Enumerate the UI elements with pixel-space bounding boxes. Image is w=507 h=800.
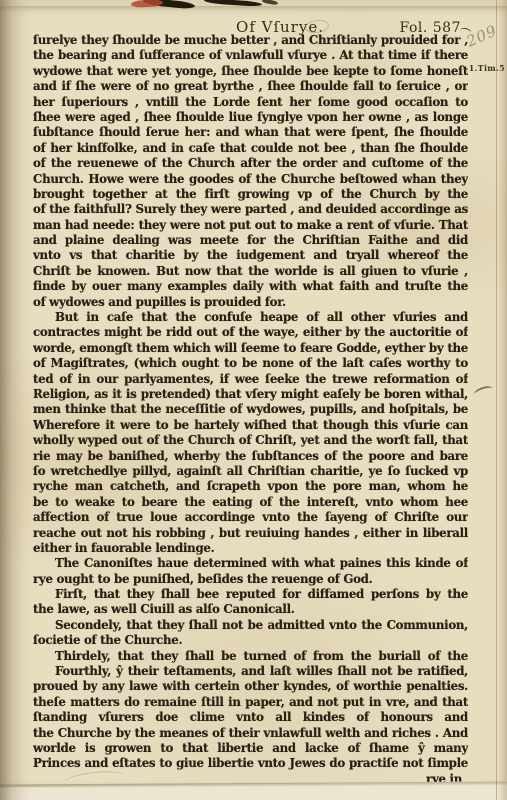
text-line: ſo wretchedlye pillyd, againſt all Chriſ… — [33, 464, 468, 479]
text-line: ſhee were aged , ſhee ſhoulde liue ſyngl… — [33, 110, 468, 125]
pencil-mark — [473, 384, 494, 398]
text-line: worde, emongſt them which will ſeeme to … — [33, 341, 468, 356]
text-line: ſubſtance ſhould ſerue her: and whan tha… — [33, 125, 468, 140]
text-line: ryche man catcheth, and ſcrapeth vpon th… — [33, 479, 468, 494]
text-line: Fourthly, ŷ their teſtaments, and laſt w… — [33, 664, 468, 679]
text-line: finde by ouer many examples daily with w… — [33, 279, 468, 294]
text-line: ſtanding vſurers doe clime vnto all kind… — [33, 710, 468, 725]
text-line: reache out not his robbing , but reuiuin… — [33, 526, 468, 541]
text-line: proued by any lawe with certein other ky… — [33, 679, 468, 694]
text-line: and plaine dealing was meete for the Chr… — [33, 233, 468, 248]
text-line: theſe matters do remaine ſtill in paper,… — [33, 695, 468, 710]
text-line: the Churche by the meanes of their vnlaw… — [33, 726, 468, 741]
text-line: affection of true loue accordinge vnto t… — [33, 510, 468, 525]
text-line: But in caſe that the confuſe heape of al… — [33, 310, 468, 325]
text-line: her ſuperiours , vntill the Lorde ſent h… — [33, 95, 468, 110]
text-line: Church. Howe were the goodes of the Chur… — [33, 172, 468, 187]
text-line: ſocietie of the Churche. — [33, 633, 468, 648]
text-line: rie may be baniſhed, wherby the ſubſtanc… — [33, 449, 468, 464]
text-line: rye ought to be puniſhed, beſides the re… — [33, 572, 468, 587]
pencil-foliation: 209 — [464, 21, 500, 50]
text-line: Princes and eſtates to giue libertie vnt… — [33, 756, 468, 771]
text-line: men thinke that the neceſſitie of wydowe… — [33, 402, 468, 417]
text-line: be to weake to beare the eating of the i… — [33, 495, 468, 510]
text-line: brought together at the firſt growing vp… — [33, 187, 468, 202]
text-line: either in fauorable lendinge. — [33, 541, 468, 556]
text-line: wholly wyped out of the Church of Chriſt… — [33, 433, 468, 448]
text-line: of the reuenewe of the Church after the … — [33, 156, 468, 171]
text-line: the lawe, as well Ciuill as alſo Canonic… — [33, 602, 468, 617]
ink-bleed-mark — [262, 0, 278, 5]
text-line: Firſt, that they ſhall bee reputed for d… — [33, 587, 468, 602]
page-scan: Of Vſurye. Fol. 587 209 1.Tim.5 ſurelye … — [0, 6, 507, 787]
text-line: ſurelye they ſhoulde be muche better , a… — [33, 33, 468, 48]
text-line: The Canoniſtes haue determined with what… — [33, 556, 468, 571]
text-line: of the faithfull? Surely they were parte… — [33, 202, 468, 217]
text-line: Chriſt be knowen. But now that the world… — [33, 264, 468, 279]
text-line: the bearing and ſufferance of vnlawfull … — [33, 48, 468, 63]
text-line: contractes might be ridd out of the waye… — [33, 325, 468, 340]
text-line: of wydowes and pupilles is prouided for. — [33, 295, 468, 310]
text-line: Secondely, that they ſhall not be admitt… — [33, 618, 468, 633]
text-line: Thirdely, that they ſhall be turned of f… — [33, 649, 468, 664]
text-line: and if ſhe were of no great byrthe , ſhe… — [33, 79, 468, 94]
text-line: man had neede: they were not put out to … — [33, 218, 468, 233]
text-line: worlde is growen to that libertie and la… — [33, 741, 468, 756]
margin-scripture-ref: 1.Tim.5 — [469, 63, 505, 73]
body-text: ſurelye they ſhoulde be muche better , a… — [33, 33, 468, 787]
text-line: of her kinſfolke, and in caſe that could… — [33, 141, 468, 156]
text-line: wydowe that were yet yonge, ſhee ſhoulde… — [33, 64, 468, 79]
text-line: vnto vs that charitie by the iudgement a… — [33, 248, 468, 263]
text-line: ted of in our parlyamentes, if wee ſeeke… — [33, 372, 468, 387]
text-line: Religion, as it is pretended) that vſery… — [33, 387, 468, 402]
text-line: of Magiſtrates, (which ought to be none … — [33, 356, 468, 371]
text-line: Wherefore it were to be hartely wiſhed t… — [33, 418, 468, 433]
